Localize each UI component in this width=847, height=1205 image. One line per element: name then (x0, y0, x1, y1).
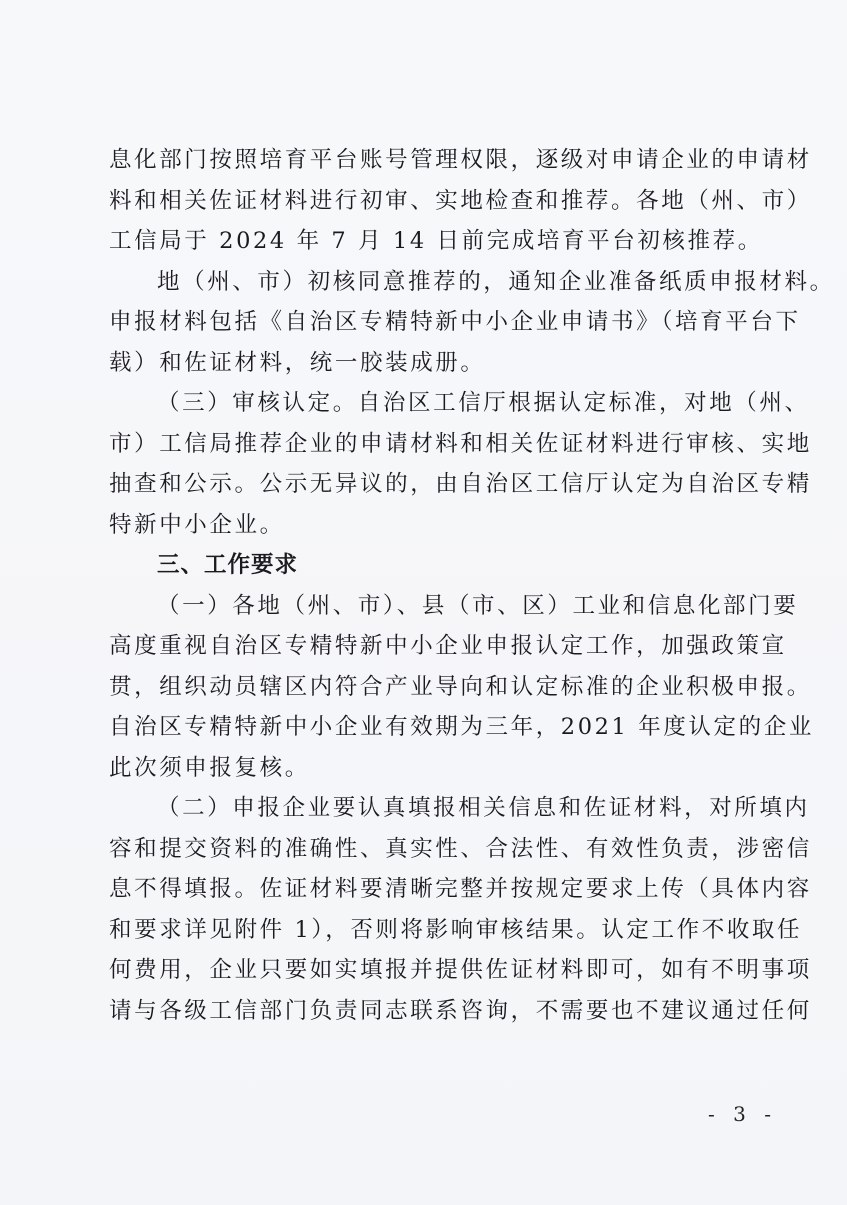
text-line: 工信局于 2024 年 7 月 14 日前完成培育平台初核推荐。 (109, 221, 769, 262)
text-line: 料和相关佐证材料进行初审、实地检查和推荐。各地（州、市） (109, 181, 769, 222)
text-line: 自治区专精特新中小企业有效期为三年，2021 年度认定的企业 (109, 707, 769, 748)
text-line: 市）工信局推荐企业的申请材料和相关佐证材料进行审核、实地 (109, 424, 769, 465)
section-heading: 三、工作要求 (109, 545, 769, 586)
document-body: 息化部门按照培育平台账号管理权限，逐级对申请企业的申请材 料和相关佐证材料进行初… (109, 140, 769, 1031)
text-line: （一）各地（州、市）、县（市、区）工业和信息化部门要 (109, 586, 769, 627)
text-line: 抽查和公示。公示无异议的，由自治区工信厅认定为自治区专精 (109, 464, 769, 505)
text-line: 何费用，企业只要如实填报并提供佐证材料即可，如有不明事项 (109, 950, 769, 991)
text-line: 申报材料包括《自治区专精特新中小企业申请书》（培育平台下 (109, 302, 769, 343)
document-page: 息化部门按照培育平台账号管理权限，逐级对申请企业的申请材 料和相关佐证材料进行初… (0, 0, 847, 1205)
text-line: 请与各级工信部门负责同志联系咨询，不需要也不建议通过任何 (109, 991, 769, 1032)
paragraph-review-approval: （三）审核认定。自治区工信厅根据认定标准，对地（州、 市）工信局推荐企业的申请材… (109, 383, 769, 545)
text-line: 贯，组织动员辖区内符合产业导向和认定标准的企业积极申报。 (109, 667, 769, 708)
page-number: - 3 - (708, 1102, 777, 1126)
text-line: 地（州、市）初核同意推荐的，通知企业准备纸质申报材料。 (109, 262, 769, 303)
text-line: （三）审核认定。自治区工信厅根据认定标准，对地（州、 (109, 383, 769, 424)
text-line: 息不得填报。佐证材料要清晰完整并按规定要求上传（具体内容 (109, 869, 769, 910)
text-line: 特新中小企业。 (109, 505, 769, 546)
text-line: 此次须申报复核。 (109, 748, 769, 789)
paragraph-platform-review: 息化部门按照培育平台账号管理权限，逐级对申请企业的申请材 料和相关佐证材料进行初… (109, 140, 769, 262)
text-line: 容和提交资料的准确性、真实性、合法性、有效性负责，涉密信 (109, 829, 769, 870)
section-heading-work-requirements: 三、工作要求 (109, 545, 769, 586)
text-line: 载）和佐证材料，统一胶装成册。 (109, 343, 769, 384)
text-line: 息化部门按照培育平台账号管理权限，逐级对申请企业的申请材 (109, 140, 769, 181)
paragraph-paper-materials: 地（州、市）初核同意推荐的，通知企业准备纸质申报材料。 申报材料包括《自治区专精… (109, 262, 769, 384)
paragraph-requirement-1: （一）各地（州、市）、县（市、区）工业和信息化部门要 高度重视自治区专精特新中小… (109, 586, 769, 789)
text-line: （二）申报企业要认真填报相关信息和佐证材料，对所填内 (109, 788, 769, 829)
text-line: 高度重视自治区专精特新中小企业申报认定工作，加强政策宣 (109, 626, 769, 667)
text-line: 和要求详见附件 1），否则将影响审核结果。认定工作不收取任 (109, 910, 769, 951)
paragraph-requirement-2: （二）申报企业要认真填报相关信息和佐证材料，对所填内 容和提交资料的准确性、真实… (109, 788, 769, 1031)
